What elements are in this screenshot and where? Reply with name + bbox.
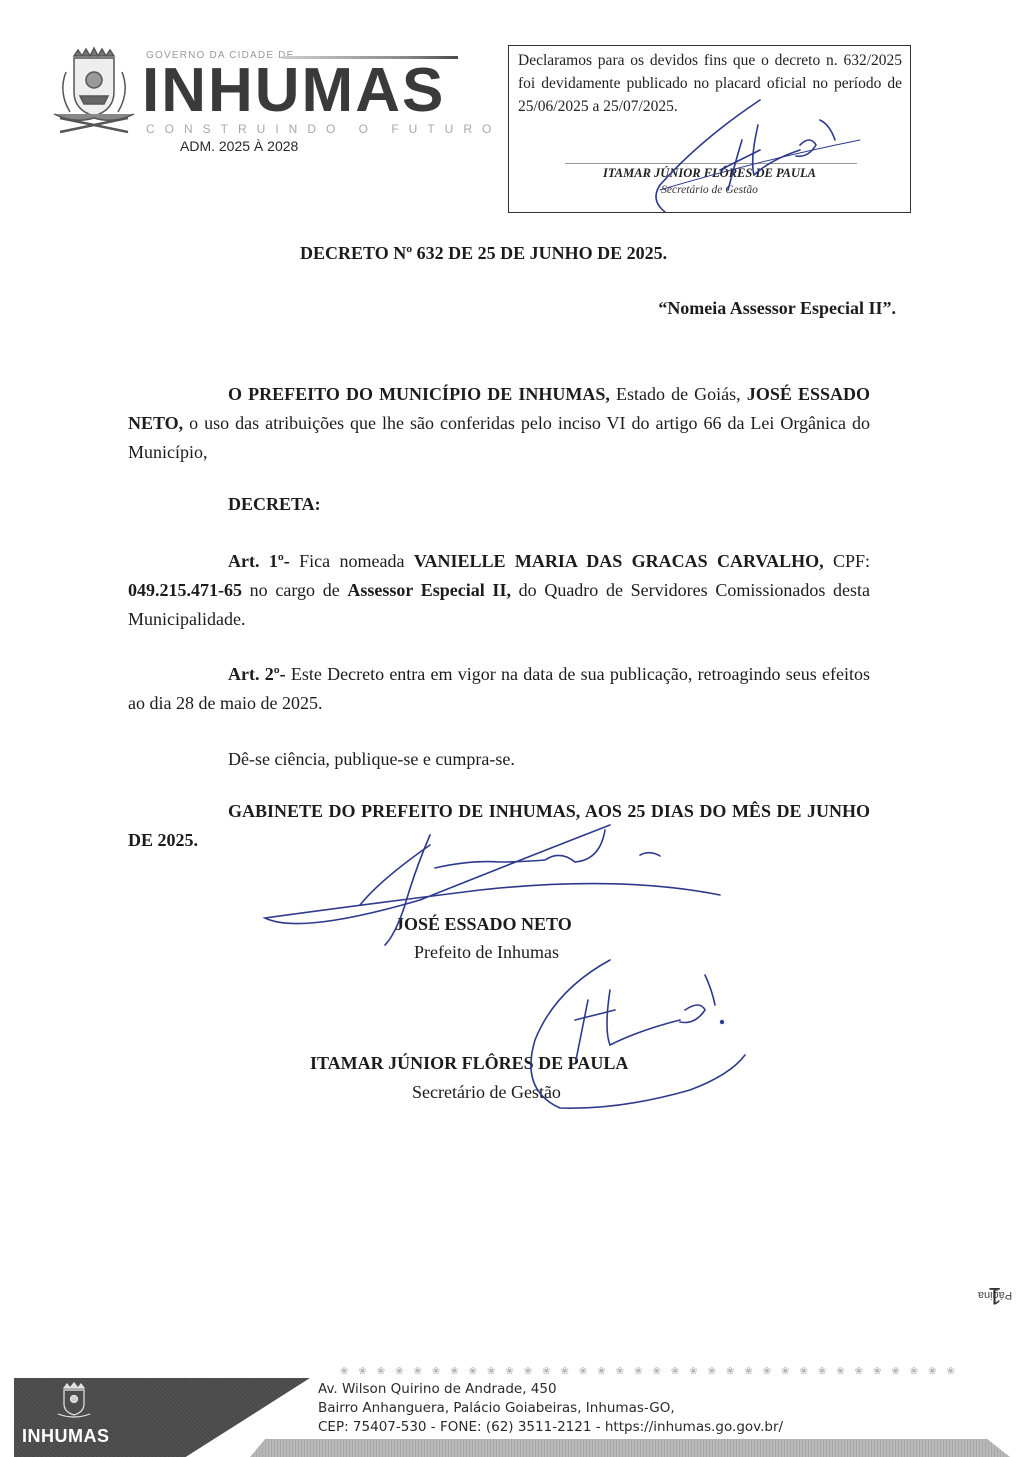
appointee-name: VANIELLE MARIA DAS GRACAS CARVALHO, bbox=[414, 551, 824, 571]
article-1-text-3: no cargo de bbox=[242, 580, 347, 600]
coat-of-arms-icon bbox=[44, 44, 144, 136]
appointee-cpf: 049.215.471-65 bbox=[128, 580, 242, 600]
signature-line bbox=[565, 163, 857, 164]
publication-stamp: Declaramos para os devidos fins que o de… bbox=[508, 45, 911, 213]
decree-summary: “Nomeia Assessor Especial II”. bbox=[658, 298, 896, 319]
mayor-name: JOSÉ ESSADO NETO bbox=[395, 914, 572, 935]
preamble-paragraph: O PREFEITO DO MUNICÍPIO DE INHUMAS, Esta… bbox=[128, 380, 870, 467]
article-2: Art. 2º- Este Decreto entra em vigor na … bbox=[128, 660, 870, 718]
brand-wordmark: INHUMAS bbox=[142, 60, 445, 122]
preamble-text-2: o uso das atribuições que lhe são confer… bbox=[128, 413, 870, 462]
address-line-3: CEP: 75407-530 - FONE: (62) 3511-2121 - … bbox=[318, 1418, 783, 1437]
city-logo: GOVERNO DA CIDADE DE INHUMAS CONSTRUINDO… bbox=[44, 44, 464, 164]
stamp-signer-role: Secretário de Gestão bbox=[509, 184, 910, 196]
secretary-name: ITAMAR JÚNIOR FLÔRES DE PAULA bbox=[310, 1053, 628, 1074]
decreta-heading: DECRETA: bbox=[228, 494, 321, 515]
closing-text: Dê-se ciência, publique-se e cumpra-se. bbox=[228, 749, 515, 769]
tagline: CONSTRUINDO O FUTURO bbox=[146, 122, 501, 136]
footer-coat-of-arms-icon bbox=[52, 1382, 96, 1420]
place-date-text: GABINETE DO PREFEITO DE INHUMAS, AOS 25 … bbox=[128, 801, 870, 850]
preamble-text-1: Estado de Goiás, bbox=[610, 384, 747, 404]
handwritten-signatures bbox=[0, 0, 1024, 1457]
article-1-text-2: CPF: bbox=[824, 551, 870, 571]
preamble-bold-1: O PREFEITO DO MUNICÍPIO DE INHUMAS, bbox=[228, 384, 610, 404]
address-line-2: Bairro Anhanguera, Palácio Goiabeiras, I… bbox=[318, 1399, 783, 1418]
article-2-label: Art. 2º- bbox=[228, 664, 286, 684]
footer-address: Av. Wilson Quirino de Andrade, 450 Bairr… bbox=[318, 1380, 783, 1437]
article-1-label: Art. 1º- bbox=[228, 551, 290, 571]
stamp-signer-name: ITAMAR JÚNIOR FLÔRES DE PAULA bbox=[509, 166, 910, 181]
article-1: Art. 1º- Fica nomeada VANIELLE MARIA DAS… bbox=[128, 547, 870, 634]
article-1-text-1: Fica nomeada bbox=[290, 551, 414, 571]
footer-bar bbox=[250, 1439, 1010, 1457]
page-number: Página1 bbox=[975, 1250, 1015, 1340]
page-number-value: 1 bbox=[988, 1281, 1001, 1309]
mayor-role: Prefeito de Inhumas bbox=[414, 942, 559, 963]
footer: INHUMAS ❀❀❀❀❀❀❀❀❀❀❀❀❀❀❀❀❀❀❀❀❀❀❀❀❀❀❀❀❀❀❀❀… bbox=[0, 1360, 1024, 1457]
place-date: GABINETE DO PREFEITO DE INHUMAS, AOS 25 … bbox=[128, 797, 870, 855]
appointee-position: Assessor Especial II, bbox=[347, 580, 511, 600]
address-line-1: Av. Wilson Quirino de Andrade, 450 bbox=[318, 1380, 783, 1399]
footer-brand: INHUMAS bbox=[22, 1426, 110, 1447]
stamp-declaration: Declaramos para os devidos fins que o de… bbox=[518, 49, 902, 118]
closing-line: Dê-se ciência, publique-se e cumpra-se. bbox=[128, 745, 870, 774]
decree-title: DECRETO Nº 632 DE 25 DE JUNHO DE 2025. bbox=[300, 243, 667, 264]
secretary-role: Secretário de Gestão bbox=[412, 1082, 561, 1103]
footer-decorative-dots: ❀❀❀❀❀❀❀❀❀❀❀❀❀❀❀❀❀❀❀❀❀❀❀❀❀❀❀❀❀❀❀❀❀❀ bbox=[340, 1366, 965, 1377]
administration-period: ADM. 2025 À 2028 bbox=[180, 138, 298, 154]
